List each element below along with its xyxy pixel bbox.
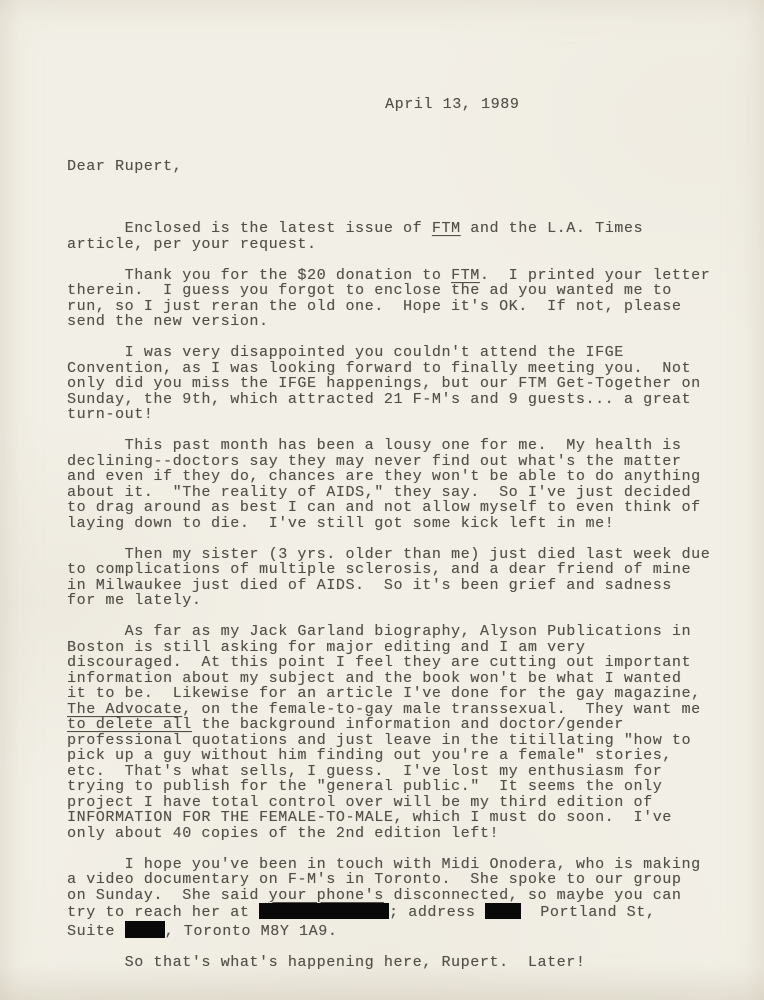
letter-paragraph: I hope you've been in touch with Midi On… xyxy=(67,857,719,940)
letter-paragraph: I was very disappointed you couldn't att… xyxy=(67,345,719,423)
underlined-text: FTM xyxy=(432,220,461,237)
letter-text: This past month has been a lousy one for… xyxy=(67,437,701,532)
redaction-box xyxy=(125,921,165,938)
letter-text: Thank you for the $20 donation to xyxy=(67,267,451,284)
redaction-box xyxy=(259,903,389,919)
letter-text: As far as my Jack Garland biography, Aly… xyxy=(67,623,701,702)
letter-text: ; address xyxy=(389,904,485,921)
letter-date: April 13, 1989 xyxy=(385,97,734,113)
underlined-text: FTM xyxy=(451,267,480,284)
redaction-box xyxy=(485,903,521,919)
underlined-text: to delete all xyxy=(67,716,192,733)
letter-body: Enclosed is the latest issue of FTM and … xyxy=(67,221,734,970)
letter-text: , on the female-to-gay male transsexual.… xyxy=(182,701,700,718)
letter-paragraph: Enclosed is the latest issue of FTM and … xyxy=(67,221,719,252)
letter-text: the background information and doctor/ge… xyxy=(67,716,691,842)
letter-page: April 13, 1989 Dear Rupert, Enclosed is … xyxy=(0,0,764,1000)
letter-text: Then my sister (3 yrs. older than me) ju… xyxy=(67,546,710,610)
letter-paragraph: As far as my Jack Garland biography, Aly… xyxy=(67,624,719,841)
letter-paragraph: Then my sister (3 yrs. older than me) ju… xyxy=(67,547,719,609)
letter-paragraph: Thank you for the $20 donation to FTM. I… xyxy=(67,268,719,330)
letter-paragraph: So that's what's happening here, Rupert.… xyxy=(67,955,719,971)
underlined-text: The Advocate xyxy=(67,701,182,718)
letter-text: Enclosed is the latest issue of xyxy=(67,220,432,237)
letter-text: I was very disappointed you couldn't att… xyxy=(67,344,701,423)
letter-salutation: Dear Rupert, xyxy=(67,159,734,175)
letter-text: , Toronto M8Y 1A9. xyxy=(165,923,338,940)
underlined-text: your phone's xyxy=(269,887,384,904)
letter-text: So that's what's happening here, Rupert.… xyxy=(67,954,585,971)
letter-paragraph: This past month has been a lousy one for… xyxy=(67,438,719,531)
